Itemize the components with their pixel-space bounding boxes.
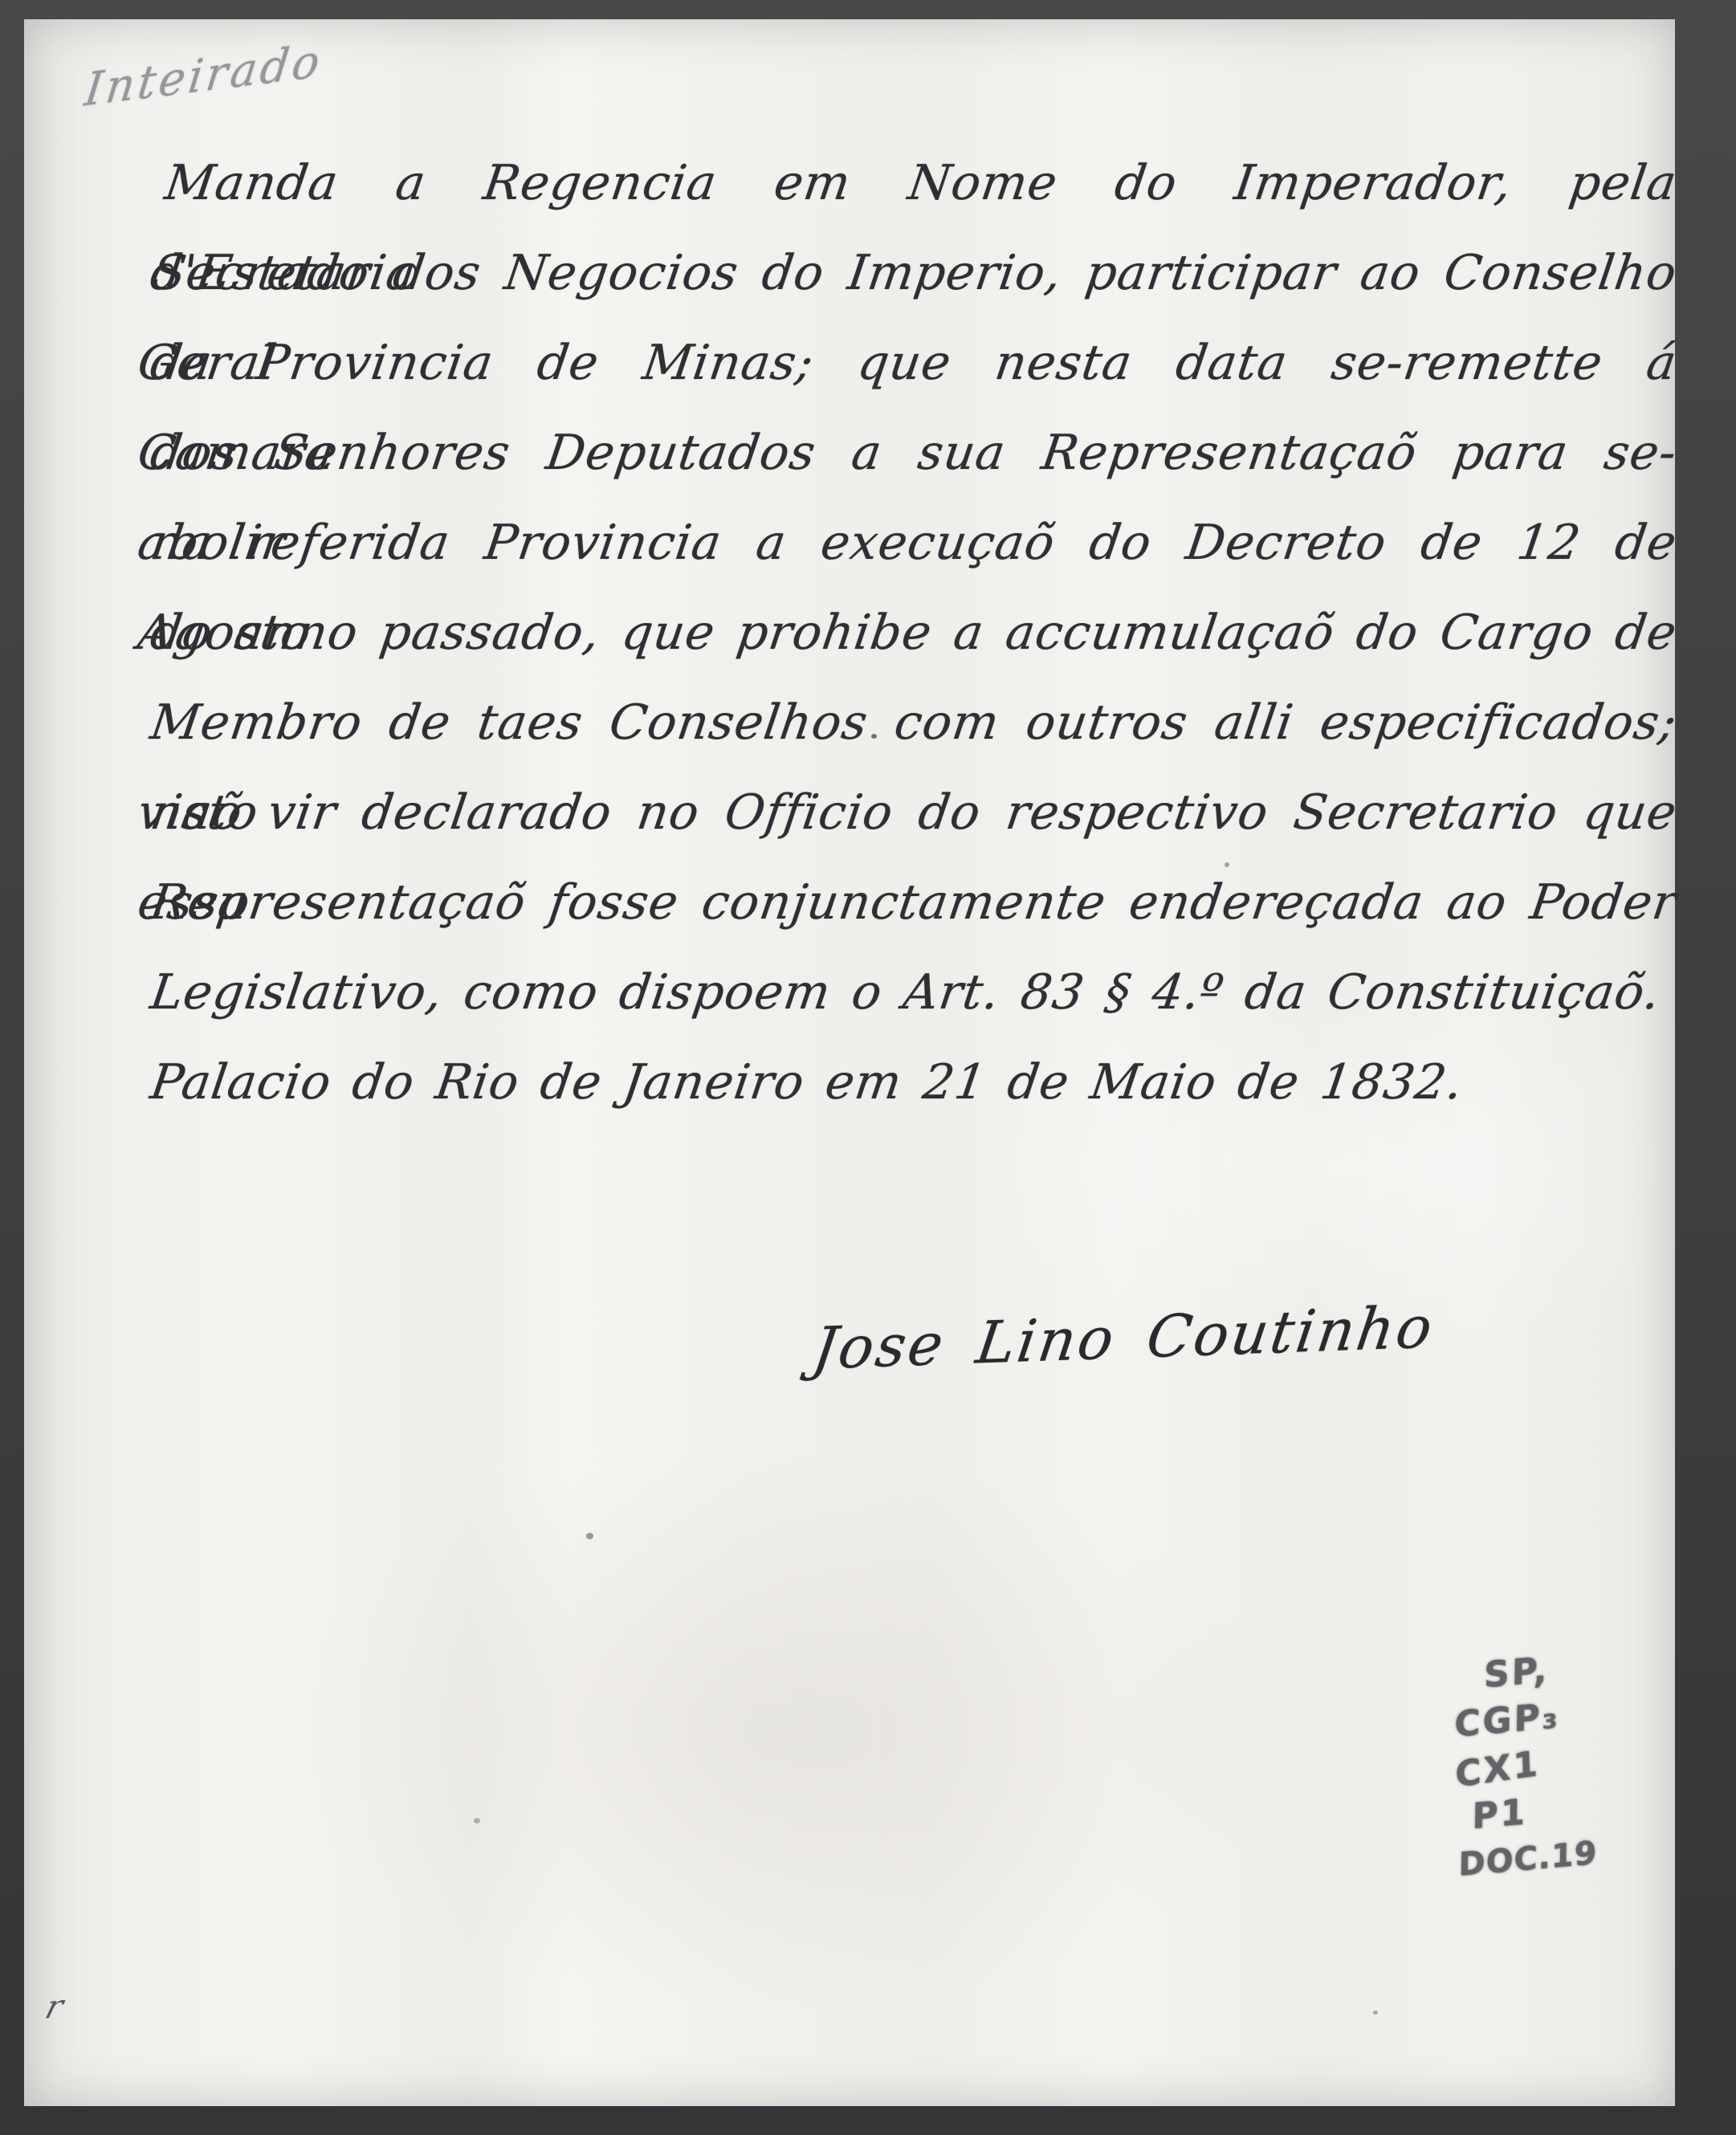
handwritten-line-1: Manda a Regencia em Nome do Imperador, p… <box>145 138 1683 228</box>
scanned-page-background: Inteirado Manda a Regencia em Nome do Im… <box>0 0 1736 2135</box>
dust-speck <box>1373 2011 1378 2015</box>
signature-jose-lino-coutinho: Jose Lino Coutinho <box>809 1293 1438 1382</box>
letter-paper: Inteirado Manda a Regencia em Nome do Im… <box>24 19 1675 2106</box>
handwritten-line-6: do anno passado, que prohibe a accumulaç… <box>145 588 1683 678</box>
dust-speck <box>1225 862 1229 867</box>
bottom-left-ink-mark: r <box>41 1988 67 2026</box>
dust-speck <box>586 1533 593 1539</box>
dust-speck <box>871 734 877 739</box>
handwritten-line-4: dos Senhores Deputados a sua Representaç… <box>145 408 1683 498</box>
handwritten-line-5: na referida Provincia a execuçaõ do Decr… <box>145 498 1683 588</box>
handwritten-line-7: Membro de taes Conselhos com outros alli… <box>145 678 1683 768</box>
letter-body: Manda a Regencia em Nome do Imperador, p… <box>151 138 1677 1127</box>
handwritten-line-3: da Provincia de Minas; que nesta data se… <box>145 318 1683 408</box>
dust-speck <box>474 1818 480 1823</box>
handwritten-line-9: Representaçaõ fosse conjunctamente ender… <box>145 858 1683 947</box>
pencil-annotation-inteirado: Inteirado <box>82 35 325 117</box>
handwritten-line-8: naõ vir declarado no Officio do respecti… <box>145 768 1683 858</box>
handwritten-line-2: d'Estado dos Negocios do Imperio, partic… <box>145 228 1683 318</box>
handwritten-line-10: Legislativo, como dispoem o Art. 83 § 4.… <box>145 947 1683 1037</box>
archive-reference-stamp: SP, CGP₃ CX1 P1 DOC.19 <box>1441 1643 1613 1888</box>
handwritten-line-11-dateline: Palacio do Rio de Janeiro em 21 de Maio … <box>145 1037 1683 1127</box>
